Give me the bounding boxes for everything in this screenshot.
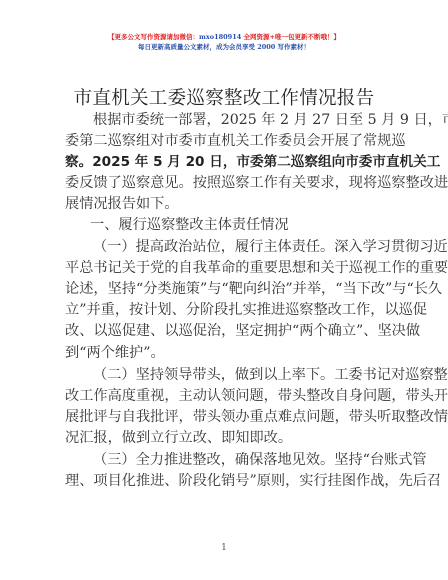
section-heading-1: 一、履行巡察整改主体责任情况 bbox=[90, 216, 290, 234]
intro-line-3: 察。2025 年 5 月 20 日，市委第二巡察组向市委市直机关工 bbox=[65, 153, 383, 171]
intro-line-1: 根据市委统一部署，2025 年 2 月 27 日至 5 月 9 日，市 bbox=[93, 111, 383, 129]
para2-line-2: 改工作高度重视，主动认领问题，带头整改自身问题，带头开 bbox=[65, 387, 383, 405]
para1-line-1: （一）提高政治站位，履行主体责任。深入学习贯彻习近 bbox=[93, 238, 383, 256]
para1-line-5: 改、以巡促建、以巡促治，坚定拥护“两个确立”、坚决做 bbox=[65, 322, 383, 340]
para1-line-4: 立”并重，按计划、分阶段扎实推进巡察整改工作，以巡促 bbox=[65, 301, 383, 319]
para1-line-2: 平总书记关于党的自我革命的重要思想和关于巡视工作的重要 bbox=[65, 259, 383, 277]
para3-line-2: 理、项目化推进、阶段化销号”原则，实行挂图作战，先后召 bbox=[65, 472, 383, 490]
intro-line-3a: 察。 bbox=[65, 154, 92, 170]
document-title: 市直机关工委巡察整改工作情况报告 bbox=[0, 84, 448, 110]
intro-line-2: 委第二巡察组对市委市直机关工作委员会开展了常规巡 bbox=[65, 132, 383, 150]
promo-prefix: 【更多公文写作资源请加微信： bbox=[108, 33, 199, 41]
intro-line-5: 展情况报告如下。 bbox=[65, 195, 383, 213]
para1-line-6: 到“两个维护”。 bbox=[65, 344, 383, 362]
promo-banner-line2: 每日更新高质量公文素材，成为会员享受 2000 写作素材！ bbox=[0, 42, 448, 51]
promo-wechat-id: mxo180914 bbox=[199, 33, 241, 41]
promo-banner-line1: 【更多公文写作资源请加微信：mxo180914 全网资源+唯一包更新不断哦！】 bbox=[0, 32, 448, 41]
para2-line-3: 展批评与自我批评，带头领办重点难点问题，带头听取整改情 bbox=[65, 408, 383, 426]
para1-line-3: 论述，坚持“分类施策”与“靶向纠治”并举，“当下改”与“长久 bbox=[65, 280, 383, 298]
para2-line-4: 况汇报，做到立行立改、即知即改。 bbox=[65, 429, 383, 447]
promo-suffix: 全网资源+唯一包更新不断哦！】 bbox=[241, 33, 340, 41]
intro-line-1-text: 根据市委统一部署，2025 年 2 月 27 日至 5 月 9 日，市 bbox=[93, 112, 448, 128]
page-number: 1 bbox=[0, 543, 448, 553]
para3-line-1: （三）全力推进整改，确保落地见效。坚持“台账式管 bbox=[93, 451, 383, 469]
document-page: 【更多公文写作资源请加微信：mxo180914 全网资源+唯一包更新不断哦！】 … bbox=[0, 0, 448, 580]
para2-line-1: （二）坚持领导带头，做到以上率下。工委书记对巡察整 bbox=[93, 366, 383, 384]
intro-line-3b: 2025 年 5 月 20 日，市委第二巡察组向市委市直机关工 bbox=[92, 154, 440, 170]
intro-line-4: 委反馈了巡察意见。按照巡察工作有关要求，现将巡察整改进 bbox=[65, 174, 383, 192]
